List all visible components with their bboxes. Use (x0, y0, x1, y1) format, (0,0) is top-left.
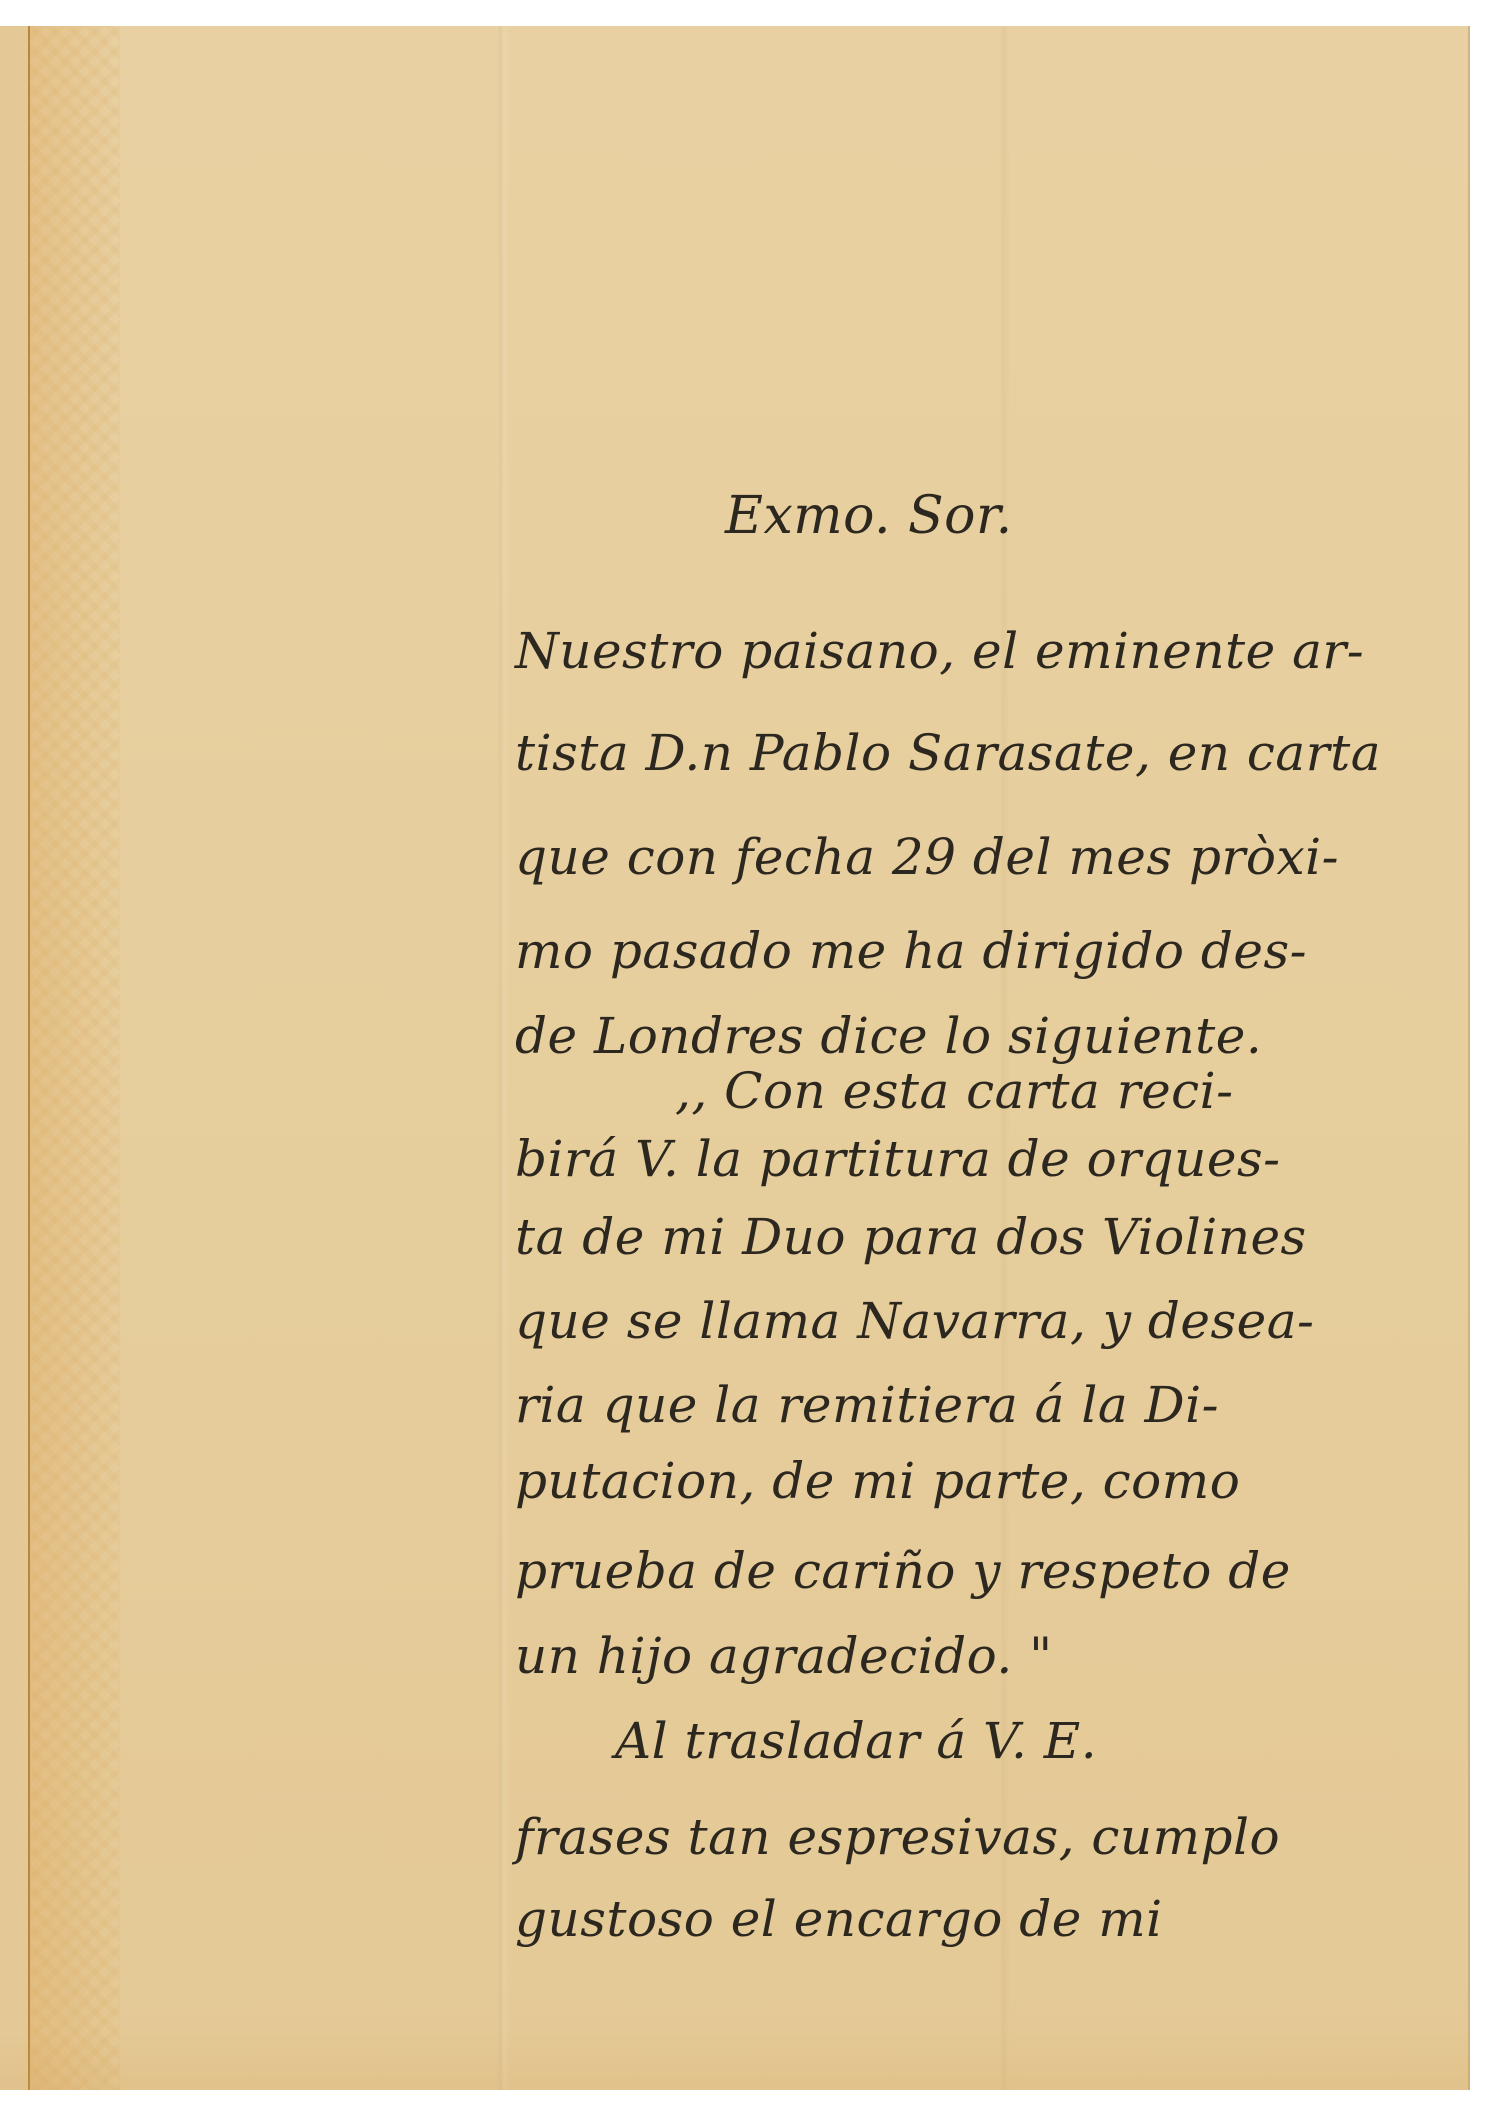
letter-line: que se llama Navarra, y desea- (515, 1296, 1314, 1346)
letter-line: un hijo agradecido. " (515, 1631, 1053, 1681)
age-stain (0, 2030, 1470, 2090)
letter-line: tista D.n Pablo Sarasate, en carta (515, 728, 1381, 778)
letter-line: de Londres dice lo siguiente. (515, 1011, 1262, 1061)
letter-line: birá V. la partitura de orques- (515, 1134, 1281, 1184)
watermark-pattern-strip (30, 26, 120, 2090)
letter-page: Exmo. Sor. Nuestro paisano, el eminente … (0, 26, 1470, 2090)
letter-line: mo pasado me ha dirigido des- (515, 926, 1307, 976)
letter-line: frases tan espresivas, cumplo (515, 1812, 1280, 1862)
letter-line: Nuestro paisano, el eminente ar- (515, 626, 1364, 676)
letter-line: ria que la remitiera á la Di- (515, 1380, 1219, 1430)
letter-line: ta de mi Duo para dos Violines (515, 1212, 1307, 1262)
salutation: Exmo. Sor. (725, 486, 1013, 546)
letter-line: ,, Con esta carta reci- (675, 1066, 1234, 1116)
letter-line: gustoso el encargo de mi (515, 1894, 1163, 1944)
binding-edge (0, 26, 30, 2090)
letter-line: prueba de cariño y respeto de (515, 1546, 1291, 1596)
letter-line: que con fecha 29 del mes pròxi- (515, 832, 1339, 882)
letter-line: putacion, de mi parte, como (515, 1456, 1240, 1506)
letter-line: Al trasladar á V. E. (615, 1716, 1097, 1766)
